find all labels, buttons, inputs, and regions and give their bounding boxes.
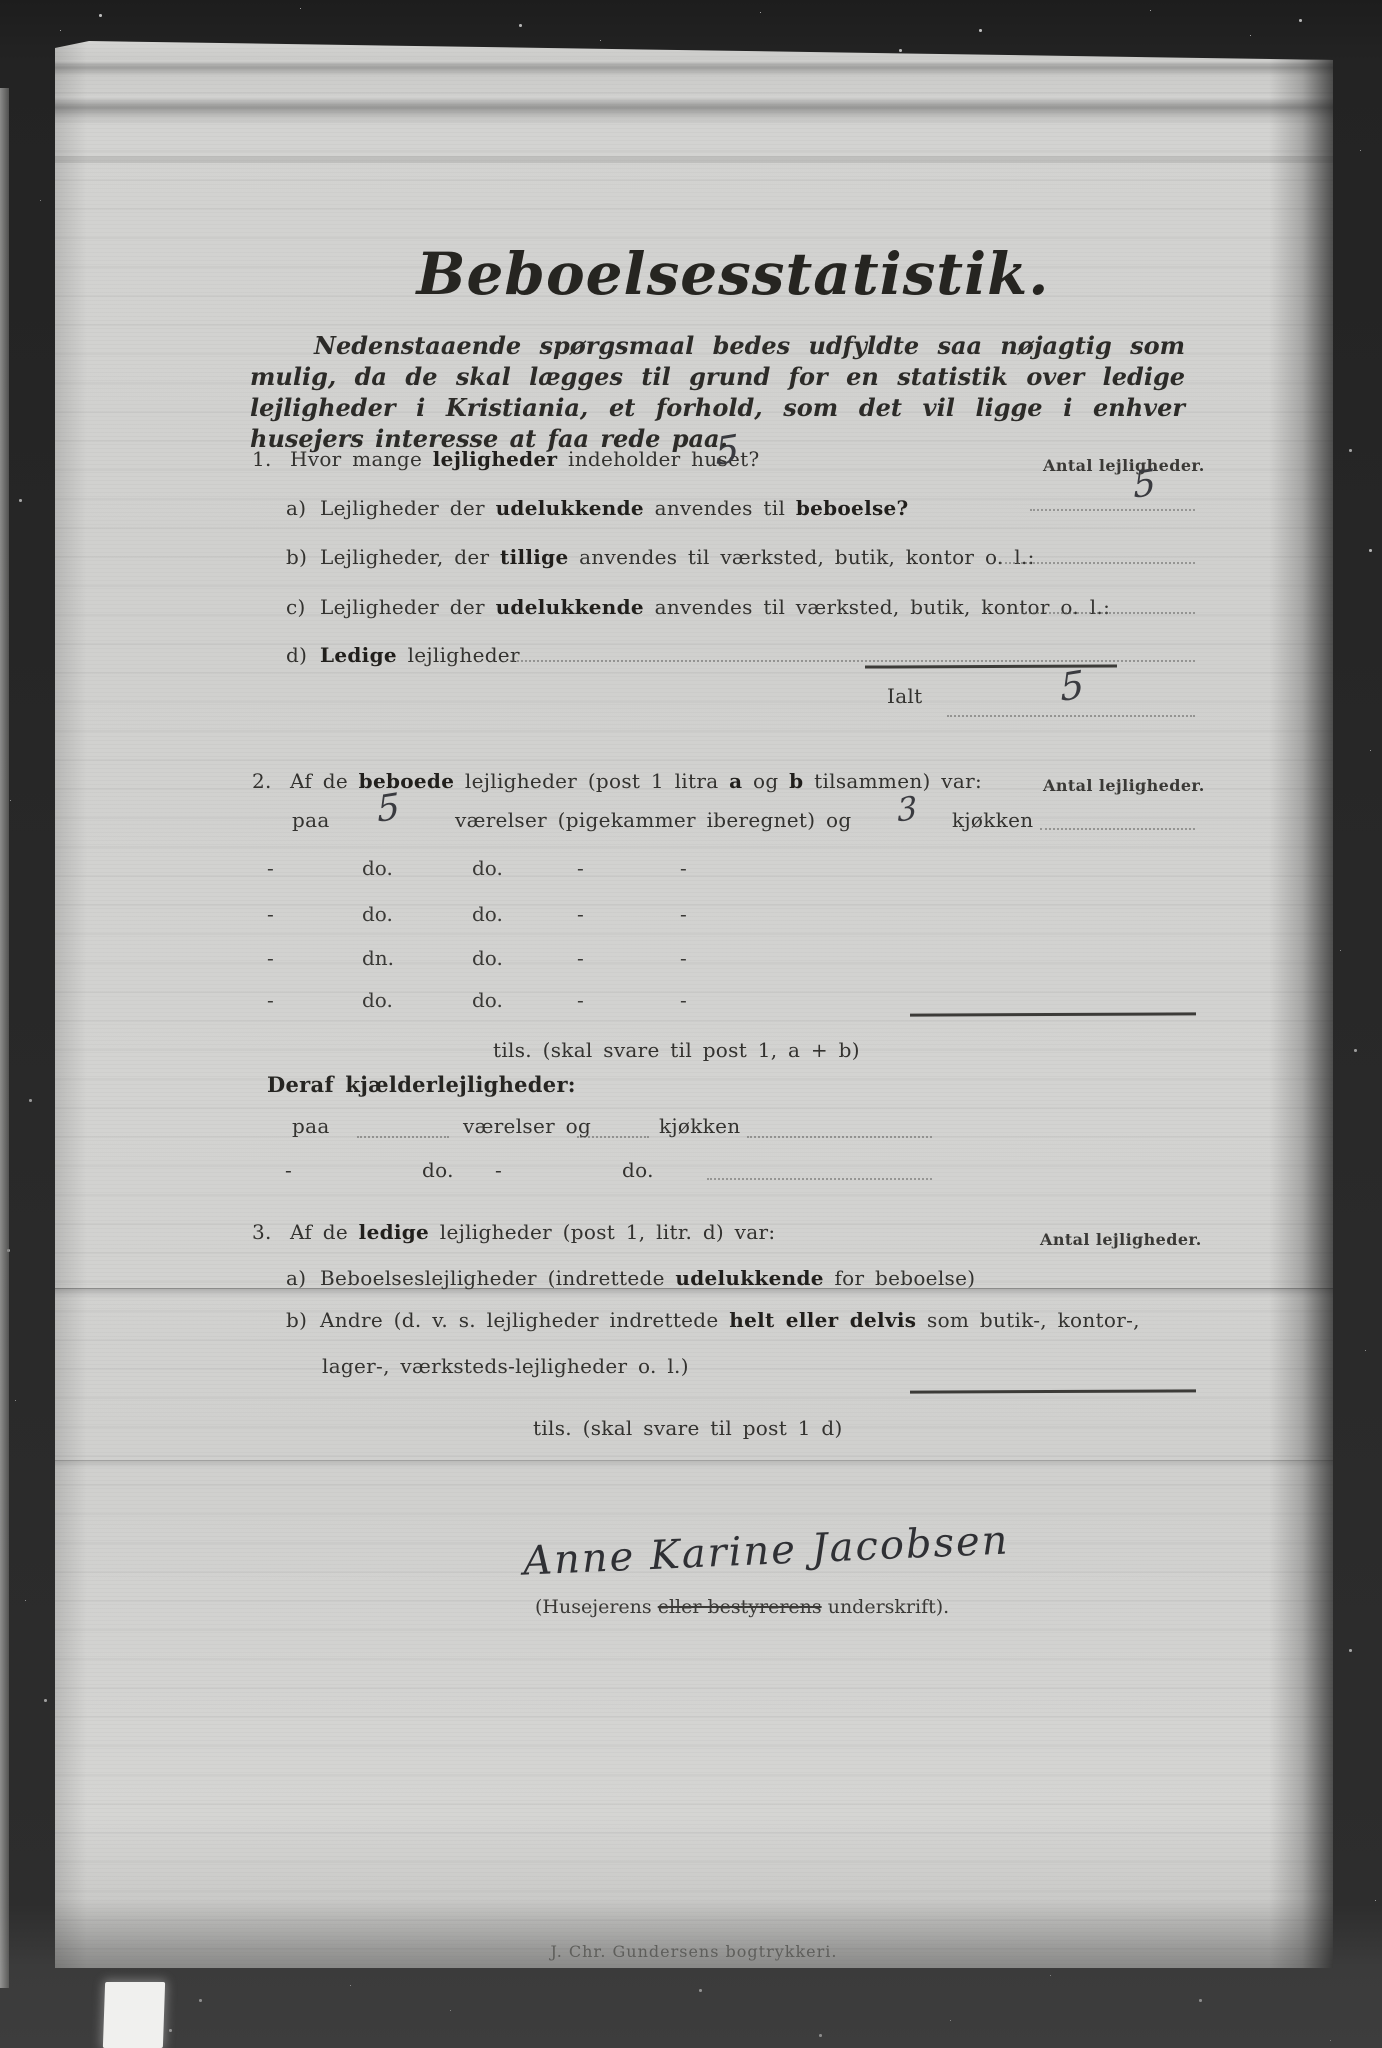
- cellar-rooms-line: [357, 1136, 449, 1138]
- document-page: Beboelsesstatistik. Nedenstaaende spørgs…: [55, 36, 1333, 1968]
- antal-column-header-1: Antal lejligheder.: [1043, 456, 1205, 475]
- question-2: 2.Af de beboede lejligheder (post 1 litr…: [252, 769, 982, 793]
- scanned-page-background: Beboelsesstatistik. Nedenstaaende spørgs…: [0, 0, 1382, 2048]
- ditto-row-3: -dn.do.--: [267, 946, 687, 970]
- antal-column-header-3: Antal lejligheder.: [1040, 1230, 1202, 1249]
- ditto-row-2: -do.do.--: [267, 902, 687, 926]
- q1c-answer-line: [1010, 612, 1195, 614]
- white-tab-bottom-left: [103, 1982, 165, 2048]
- q2-total-rule: [910, 1012, 1196, 1016]
- cellar-ditto-line: [707, 1178, 932, 1180]
- q3-tils-label: tils. (skal svare til post 1 d): [533, 1416, 843, 1440]
- signature-caption: (Husejerens eller bestyrerens underskrif…: [535, 1596, 949, 1618]
- cellar-answer-line: [747, 1136, 932, 1138]
- question-1d: d)Ledige lejligheder: [286, 643, 520, 667]
- ditto-row-1: -do.do.--: [267, 856, 687, 880]
- film-grain-speckles: [0, 0, 1, 1]
- cellar-paa-label: paa: [292, 1114, 330, 1138]
- q2-paa-label: paa: [292, 808, 330, 832]
- printer-imprint: J. Chr. Gundersens bogtrykkeri.: [55, 1942, 1333, 1961]
- question-1a: a)Lejligheder der udelukkende anvendes t…: [286, 496, 909, 520]
- cellar-ditto-dash-2: -: [495, 1158, 502, 1182]
- q3-total-rule: [910, 1389, 1196, 1393]
- cellar-ditto-dash-1: -: [285, 1158, 292, 1182]
- fold-crease-lower: [55, 1460, 1333, 1468]
- q1d-answer-line: [510, 660, 1195, 662]
- total-answer-handwritten: 5: [1059, 662, 1085, 710]
- question-1: 1.Hvor mange lejligheder indeholder huse…: [252, 447, 760, 471]
- signature-handwritten: Anne Karine Jacobsen: [522, 1517, 1010, 1584]
- page-title: Beboelsesstatistik.: [55, 240, 1333, 308]
- q1a-answer-line: [1030, 509, 1195, 511]
- antal-column-header-2: Antal lejligheder.: [1043, 776, 1205, 795]
- ditto-row-4: -do.do.--: [267, 988, 687, 1012]
- question-3: 3.Af de ledige lejligheder (post 1, litr…: [252, 1220, 775, 1244]
- cellar-kitchen-line: [577, 1136, 649, 1138]
- cellar-kjokken-label: kjøkken: [659, 1114, 740, 1138]
- top-crease-band-3: [55, 156, 1333, 163]
- cellar-vaerelser-label: værelser og: [463, 1114, 591, 1138]
- question-3a: a)Beboelseslejligheder (indrettede udelu…: [286, 1266, 975, 1290]
- top-crease-band-2: [55, 96, 1333, 124]
- q2-rooms-answer-handwritten: 5: [376, 786, 401, 831]
- total-answer-line: [947, 715, 1195, 717]
- question-1b: b)Lejligheder, der tillige anvendes til …: [286, 545, 1035, 569]
- q2-kitchen-answer-handwritten: 3: [896, 788, 918, 829]
- cellar-heading: Deraf kjælderlejligheder:: [267, 1072, 576, 1097]
- scan-edge-sliver: [0, 88, 9, 1988]
- q2-vaerelser-label: værelser (pigekammer iberegnet) og: [455, 808, 851, 832]
- question-1-text: Hvor mange: [290, 447, 422, 471]
- q1b-answer-line: [1000, 562, 1195, 564]
- total-label: Ialt: [887, 684, 922, 708]
- cellar-ditto-do-1: do.: [422, 1158, 454, 1182]
- question-3b-line2: lager-, værksteds-lejligheder o. l.): [322, 1354, 689, 1378]
- cellar-ditto-do-2: do.: [622, 1158, 654, 1182]
- q2-kjokken-label: kjøkken: [952, 808, 1033, 832]
- question-1-number: 1.: [252, 447, 290, 471]
- q2-answer-line: [1040, 828, 1195, 830]
- question-1c: c)Lejligheder der udelukkende anvendes t…: [286, 595, 1110, 619]
- question-3b: b)Andre (d. v. s. lejligheder indrettede…: [286, 1308, 1140, 1332]
- q1-answer-handwritten: 5: [714, 426, 740, 474]
- q1a-answer-handwritten: 5: [1132, 462, 1157, 507]
- q2-tils-label: tils. (skal svare til post 1, a + b): [493, 1038, 860, 1062]
- top-crease-band: [55, 60, 1333, 76]
- signature-caption-struck: eller bestyrerens: [658, 1596, 822, 1618]
